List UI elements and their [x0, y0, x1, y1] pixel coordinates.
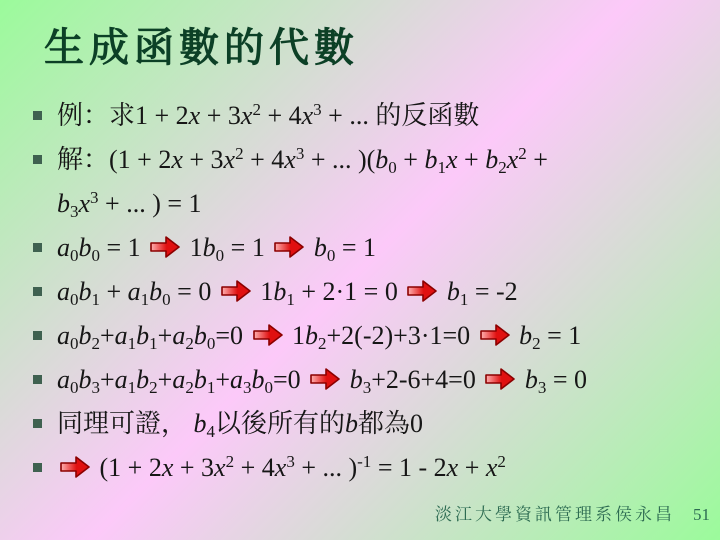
red-right-arrow-icon [407, 280, 437, 302]
page-number: 51 [693, 505, 710, 524]
bullet-text: 同理可證， b4以後所有的b都為0 [57, 402, 712, 446]
list-item: a0b0 = 1 1b0 = 1 b0 = 1 [30, 226, 712, 270]
red-right-arrow-icon [60, 456, 90, 478]
list-item: a0b3+a1b2+a2b1+a3b0=0 b3+2-6+4=0 b3 = 0 [30, 358, 712, 402]
list-item: a0b2+a1b1+a2b0=0 1b2+2(-2)+3·1=0 b2 = 1 [30, 314, 712, 358]
square-bullet-icon [33, 243, 42, 252]
bullet-list: 例：求1 + 2x + 3x2 + 4x3 + ... 的反函數 解：(1 + … [30, 94, 712, 490]
square-bullet-icon [33, 287, 42, 296]
bullet-text: a0b2+a1b1+a2b0=0 1b2+2(-2)+3·1=0 b2 = 1 [57, 314, 712, 358]
square-bullet-icon [33, 463, 42, 472]
red-right-arrow-icon [274, 236, 304, 258]
list-item: 解：(1 + 2x + 3x2 + 4x3 + ... )(b0 + b1x +… [30, 138, 712, 226]
slide: 生成函數的代數 例：求1 + 2x + 3x2 + 4x3 + ... 的反函數… [0, 0, 720, 540]
red-right-arrow-icon [485, 368, 515, 390]
footer-credit: 淡江大學資訊管理系侯永昌 [435, 505, 675, 524]
red-right-arrow-icon [310, 368, 340, 390]
bullet-text: a0b3+a1b2+a2b1+a3b0=0 b3+2-6+4=0 b3 = 0 [57, 358, 712, 402]
square-bullet-icon [33, 375, 42, 384]
list-item: (1 + 2x + 3x2 + 4x3 + ... )-1 = 1 - 2x +… [30, 446, 712, 490]
list-item: 例：求1 + 2x + 3x2 + 4x3 + ... 的反函數 [30, 94, 712, 138]
list-item: 同理可證， b4以後所有的b都為0 [30, 402, 712, 446]
slide-footer: 淡江大學資訊管理系侯永昌51 [435, 500, 710, 525]
list-item: a0b1 + a1b0 = 0 1b1 + 2·1 = 0 b1 = -2 [30, 270, 712, 314]
slide-title: 生成函數的代數 [0, 0, 720, 70]
red-right-arrow-icon [221, 280, 251, 302]
square-bullet-icon [33, 155, 42, 164]
red-right-arrow-icon [150, 236, 180, 258]
bullet-text: (1 + 2x + 3x2 + 4x3 + ... )-1 = 1 - 2x +… [57, 446, 712, 490]
square-bullet-icon [33, 419, 42, 428]
red-right-arrow-icon [480, 324, 510, 346]
square-bullet-icon [33, 331, 42, 340]
square-bullet-icon [33, 111, 42, 120]
bullet-text: 例：求1 + 2x + 3x2 + 4x3 + ... 的反函數 [57, 94, 712, 138]
red-right-arrow-icon [253, 324, 283, 346]
bullet-text: a0b0 = 1 1b0 = 1 b0 = 1 [57, 226, 712, 270]
bullet-text: a0b1 + a1b0 = 0 1b1 + 2·1 = 0 b1 = -2 [57, 270, 712, 314]
bullet-text: 解：(1 + 2x + 3x2 + 4x3 + ... )(b0 + b1x +… [57, 138, 712, 226]
